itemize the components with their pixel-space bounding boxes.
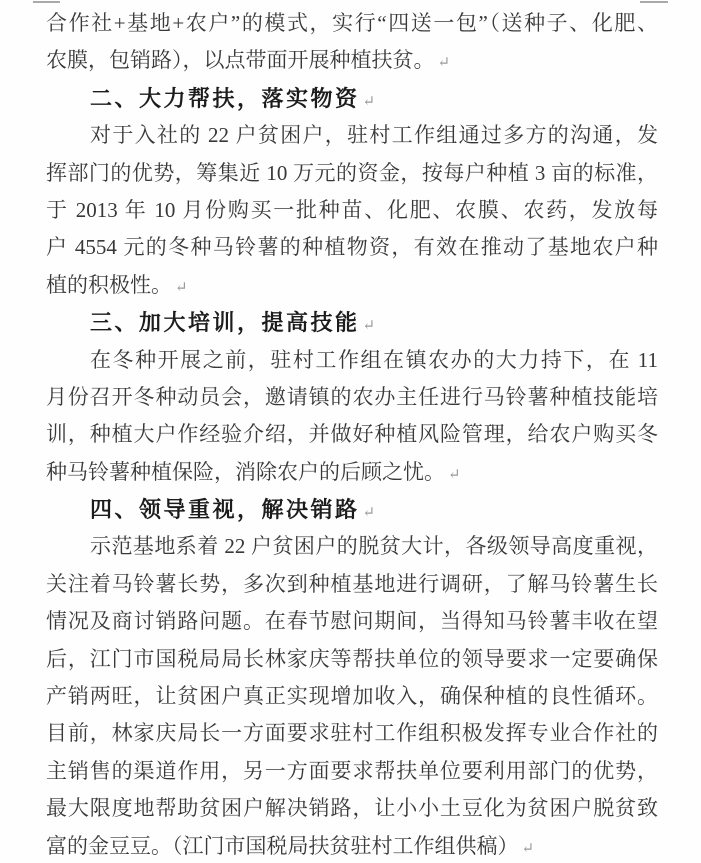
line-text: 在冬种开展之前，驻村工作组在镇农办的大力持下，在 11 bbox=[90, 348, 658, 372]
line-text: 四、领导重视，解决销路 bbox=[90, 497, 360, 522]
text-line: 在冬种开展之前，驻村工作组在镇农办的大力持下，在 11 bbox=[46, 342, 658, 379]
text-line: 产销两旺，让贫困户真正实现增加收入，确保种植的良性循环。 bbox=[46, 678, 658, 715]
text-line: 合作社+基地+农户”的模式，实行“四送一包”（送种子、化肥、 bbox=[46, 5, 658, 42]
line-text: 示范基地系着 22 户贫困户的脱贫大计，各级领导高度重视， bbox=[90, 534, 658, 558]
line-text: 挥部门的优势，筹集近 10 万元的资金，按每户种植 3 亩的标准， bbox=[46, 161, 658, 185]
paragraph-return-mark-icon: ↵ bbox=[175, 280, 188, 296]
line-text: 种马铃薯种植保险，消除农户的后顾之忧。 bbox=[46, 460, 445, 484]
text-line: 训，种植大户作经验介绍，并做好种植风险管理，给农户购买冬 bbox=[46, 416, 658, 453]
text-line: 种马铃薯种植保险，消除农户的后顾之忧。↵ bbox=[46, 454, 658, 491]
paragraph-return-mark-icon: ↵ bbox=[438, 55, 451, 71]
line-text: 目前，林家庆局长一方面要求驻村工作组积极发挥专业合作社的 bbox=[46, 721, 658, 745]
paragraph-return-mark-icon: ↵ bbox=[522, 841, 535, 857]
text-line: 关注着马铃薯长势，多次到种植基地进行调研，了解马铃薯生长 bbox=[46, 566, 658, 603]
line-text: 植的积极性。 bbox=[46, 273, 172, 297]
line-text: 后，江门市国税局局长林家庆等帮扶单位的领导要求一定要确保 bbox=[46, 647, 658, 671]
line-text: 二、大力帮扶，落实物资 bbox=[90, 86, 360, 111]
text-line: 主销售的渠道作用，另一方面要求帮扶单位要利用部门的优势， bbox=[46, 753, 658, 790]
line-text: 三、加大培训，提高技能 bbox=[90, 310, 360, 335]
text-line: 户 4554 元的冬种马铃薯的种植物资，有效在推动了基地农户种 bbox=[46, 229, 658, 266]
text-line: 后，江门市国税局局长林家庆等帮扶单位的领导要求一定要确保 bbox=[46, 641, 658, 678]
paragraph-return-mark-icon: ↵ bbox=[448, 467, 461, 483]
line-text: 主销售的渠道作用，另一方面要求帮扶单位要利用部门的优势， bbox=[46, 759, 658, 783]
line-text: 于 2013 年 10 月份购买一批种苗、化肥、农膜、农药，发放每 bbox=[46, 198, 658, 222]
text-line: 富的金豆豆。（江门市国税局扶贫驻村工作组供稿）↵ bbox=[46, 828, 658, 863]
section-heading: 四、领导重视，解决销路↵ bbox=[46, 491, 658, 528]
text-line: 情况及商讨销路问题。在春节慰问期间，当得知马铃薯丰收在望 bbox=[46, 603, 658, 640]
text-line: 最大限度地帮助贫困户解决销路，让小小土豆化为贫困户脱贫致 bbox=[46, 790, 658, 827]
line-text: 农膜，包销路），以点带面开展种植扶贫。 bbox=[46, 48, 435, 72]
text-line: 示范基地系着 22 户贫困户的脱贫大计，各级领导高度重视， bbox=[46, 528, 658, 565]
line-text: 情况及商讨销路问题。在春节慰问期间，当得知马铃薯丰收在望 bbox=[46, 609, 658, 633]
margin-crop-mark-right bbox=[640, 1, 668, 3]
margin-crop-mark-left bbox=[33, 1, 60, 3]
text-line: 对于入社的 22 户贫困户，驻村工作组通过多方的沟通，发 bbox=[46, 117, 658, 154]
line-text: 合作社+基地+农户”的模式，实行“四送一包”（送种子、化肥、 bbox=[46, 11, 658, 35]
section-heading: 二、大力帮扶，落实物资↵ bbox=[46, 80, 658, 117]
line-text: 富的金豆豆。（江门市国税局扶贫驻村工作组供稿） bbox=[46, 834, 519, 858]
paragraph-return-mark-icon: ↵ bbox=[363, 94, 376, 110]
line-text: 关注着马铃薯长势，多次到种植基地进行调研，了解马铃薯生长 bbox=[46, 572, 658, 596]
line-text: 产销两旺，让贫困户真正实现增加收入，确保种植的良性循环。 bbox=[46, 684, 658, 708]
paragraph-return-mark-icon: ↵ bbox=[363, 505, 376, 521]
text-line: 农膜，包销路），以点带面开展种植扶贫。↵ bbox=[46, 42, 658, 79]
text-line: 植的积极性。↵ bbox=[46, 267, 658, 304]
text-line: 月份召开冬种动员会，邀请镇的农办主任进行马铃薯种植技能培 bbox=[46, 379, 658, 416]
line-text: 户 4554 元的冬种马铃薯的种植物资，有效在推动了基地农户种 bbox=[46, 235, 658, 259]
line-text: 月份召开冬种动员会，邀请镇的农办主任进行马铃薯种植技能培 bbox=[46, 385, 658, 409]
line-text: 训，种植大户作经验介绍，并做好种植风险管理，给农户购买冬 bbox=[46, 422, 658, 446]
paragraph-return-mark-icon: ↵ bbox=[363, 318, 376, 334]
line-text: 最大限度地帮助贫困户解决销路，让小小土豆化为贫困户脱贫致 bbox=[46, 796, 658, 820]
document-body: 合作社+基地+农户”的模式，实行“四送一包”（送种子、化肥、农膜，包销路），以点… bbox=[46, 5, 658, 863]
text-line: 目前，林家庆局长一方面要求驻村工作组积极发挥专业合作社的 bbox=[46, 715, 658, 752]
text-line: 于 2013 年 10 月份购买一批种苗、化肥、农膜、农药，发放每 bbox=[46, 192, 658, 229]
text-line: 挥部门的优势，筹集近 10 万元的资金，按每户种植 3 亩的标准， bbox=[46, 155, 658, 192]
section-heading: 三、加大培训，提高技能↵ bbox=[46, 304, 658, 341]
document-page: 合作社+基地+农户”的模式，实行“四送一包”（送种子、化肥、农膜，包销路），以点… bbox=[0, 0, 701, 863]
line-text: 对于入社的 22 户贫困户，驻村工作组通过多方的沟通，发 bbox=[90, 123, 658, 147]
